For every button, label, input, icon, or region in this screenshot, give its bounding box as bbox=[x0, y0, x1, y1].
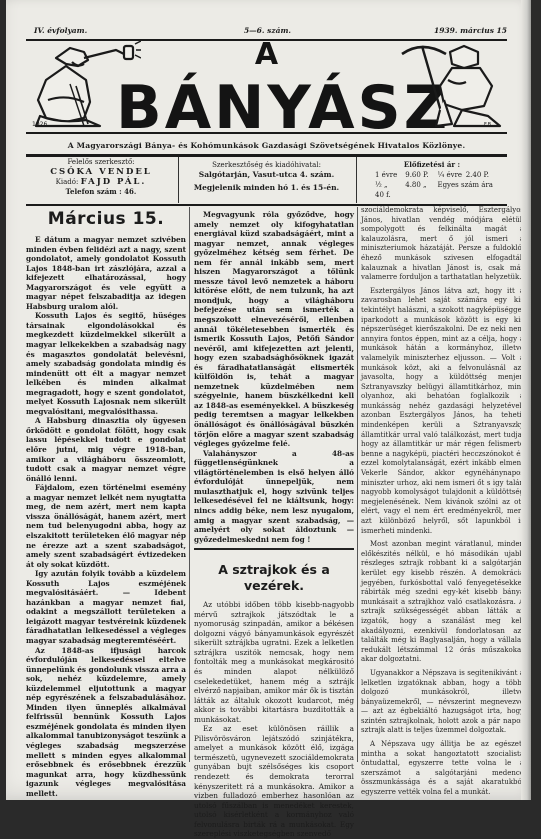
publication-info-box: Felelős szerkesztő: CSÓKA VENDEL Kiadó: … bbox=[26, 157, 507, 203]
newspaper-page: IV. évfolyam. 5—6. szám. 1939. március 1… bbox=[6, 0, 531, 800]
paragraph: Igy azután folyik tovább a küzdelem Koss… bbox=[26, 569, 186, 645]
subscription-info: Előfizetési ár : 1 évre 9.60 P. ¼ évre 2… bbox=[356, 157, 507, 203]
editor-info: Felelős szerkesztő: CSÓKA VENDEL Kiadó: … bbox=[26, 157, 176, 203]
issue-date: 1939. március 15 bbox=[434, 26, 507, 35]
column-divider bbox=[357, 207, 358, 762]
masthead: 1926 A BÁNYÁSZ F.B. bbox=[26, 40, 507, 130]
page-edge-shadow bbox=[521, 0, 531, 800]
masthead-bottom-rule bbox=[26, 132, 507, 134]
paragraph: E dátum a magyar nemzet szivében minden … bbox=[26, 235, 186, 311]
paragraph: Az utóbbi időben több kisebb-nagyobb mér… bbox=[194, 600, 354, 724]
publisher-label: Kiadó: bbox=[56, 178, 79, 186]
svg-text:1926: 1926 bbox=[32, 121, 47, 128]
paragraph: szociáldemokrata képviselő, Esztergályos… bbox=[361, 206, 524, 283]
column-divider bbox=[189, 207, 190, 762]
svg-text:F.B.: F.B. bbox=[484, 122, 493, 128]
editor-label: Felelős szerkesztő: bbox=[26, 157, 176, 167]
article-title-sztrajkok: A sztrajkok és a vezérek. bbox=[194, 562, 354, 594]
paragraph: Kossuth Lajos és segitő, hüséges társain… bbox=[26, 311, 186, 416]
phone-number: Telefon szám : 46. bbox=[26, 187, 176, 197]
article-separator bbox=[194, 548, 354, 550]
masthead-title: BÁNYÁSZ bbox=[116, 78, 415, 138]
paragraph: Esztergályos János látva azt, hogy itt a… bbox=[361, 287, 524, 536]
paragraph: A Habsburg dinasztia oly ügyesen őrködöt… bbox=[26, 416, 186, 483]
paragraph: A Népszava ugy állitja be az egészet, mi… bbox=[361, 740, 524, 798]
paragraph: Ez az eset különösen ráillik a Pilisvörö… bbox=[194, 724, 354, 800]
paragraph: Megvagyunk róla győződve, hogy amely nem… bbox=[194, 210, 354, 449]
editor-name: CSÓKA VENDEL bbox=[26, 167, 176, 177]
column-2: Megvagyunk róla győződve, hogy amely nem… bbox=[194, 207, 354, 767]
subscription-title: Előfizetési ár : bbox=[357, 160, 507, 170]
office-info: Szerkesztőség és kiadóhivatal: Salgótarj… bbox=[178, 157, 354, 203]
office-label: Szerkesztőség és kiadóhivatal: bbox=[179, 160, 354, 170]
paragraph: Az 1848-as ifjusági harcok évfordulóján … bbox=[26, 646, 186, 799]
miner-with-pickaxe-icon: F.B. bbox=[392, 40, 507, 130]
paragraph: Valahányszor a 48-as függetlenségünknek … bbox=[194, 449, 354, 544]
office-address: Salgótarján, Vasut-utca 4. szám. bbox=[179, 170, 354, 180]
column-1: Március 15. E dátum a magyar nemzet sziv… bbox=[26, 207, 186, 767]
publisher-name: FAJD PÁL. bbox=[81, 177, 147, 187]
masthead-subtitle: A Magyarországi Bánya- és Kohómunkások G… bbox=[26, 141, 507, 150]
publication-schedule: Megjelenik minden hó 1. és 15-én. bbox=[179, 183, 354, 193]
paragraph: Fájdalom, ezen történelmi esemény a magy… bbox=[26, 483, 186, 569]
price-row: ½ „ 4.80 „ Egyes szám ára 40 f. bbox=[357, 180, 507, 200]
paragraph: Ugyanakkor a Népszava is segitenikivánt … bbox=[361, 669, 524, 736]
price-row: 1 évre 9.60 P. ¼ évre 2.40 P. bbox=[357, 170, 507, 180]
column-3: szociáldemokrata képviselő, Esztergályos… bbox=[361, 206, 524, 766]
paragraph: Most azonban megint váratlanul, minden e… bbox=[361, 540, 524, 665]
article2-body: Az utóbbi időben több kisebb-nagyobb mér… bbox=[194, 600, 354, 800]
article-title-marcius: Március 15. bbox=[26, 209, 186, 229]
